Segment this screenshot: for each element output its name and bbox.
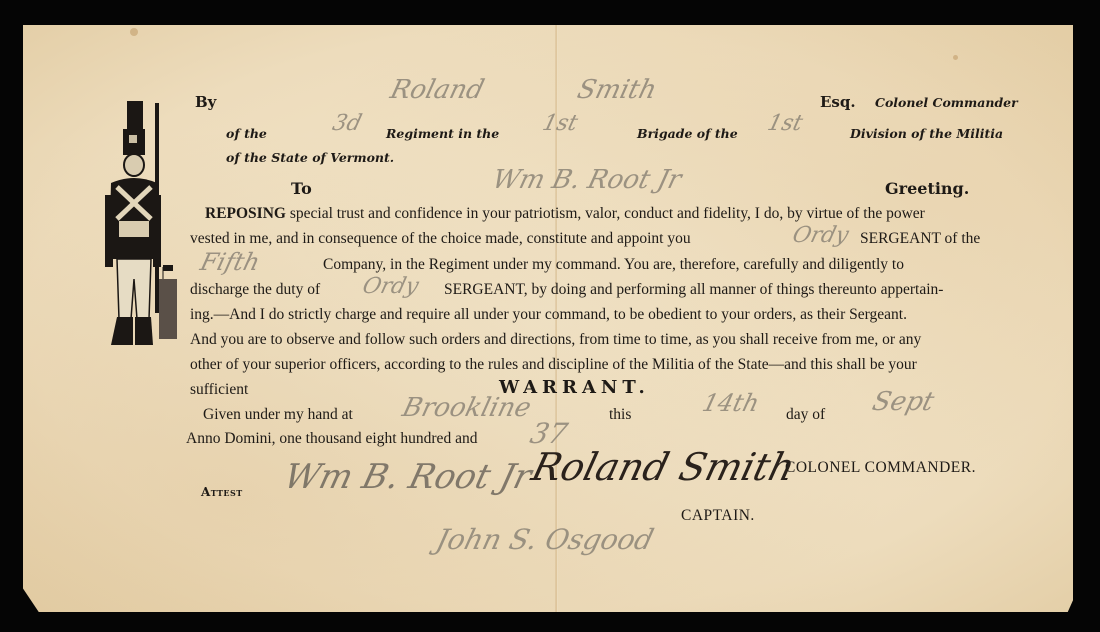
captain-caps: CAPTAIN. <box>681 507 755 525</box>
day-handwritten: 14th <box>700 389 763 417</box>
body-line-2-tail: SERGEANT of the <box>860 230 980 248</box>
brigade-number-handwritten: 1st <box>540 111 580 136</box>
month-handwritten: Sept <box>869 387 937 417</box>
body-line-7: other of your superior officers, accordi… <box>190 356 917 374</box>
division-number-handwritten: 1st <box>765 111 805 136</box>
regiment-label: Regiment in the <box>386 126 499 141</box>
day-of-label: day of <box>786 406 825 424</box>
brigade-label: Brigade of the <box>637 126 738 141</box>
foxing-spot <box>130 28 138 36</box>
recipient-name-handwritten: Wm B. Root Jr <box>489 165 684 195</box>
to-label: To <box>291 179 312 198</box>
colonel-signature: Roland Smith <box>528 445 800 489</box>
state-label: of the State of Vermont. <box>226 150 394 165</box>
body-line-8: sufficient <box>190 381 248 399</box>
attest-signature: Wm B. Root Jr <box>280 457 535 497</box>
body-line-1-text: special trust and confidence in your pat… <box>290 205 925 222</box>
captain-signature: John S. Osgood <box>433 523 657 556</box>
company-handwritten: Fifth <box>198 248 263 276</box>
attest-label: Attest <box>201 485 243 499</box>
body-line-6: And you are to observe and follow such o… <box>190 331 921 349</box>
rank-handwritten-2: Ordy <box>360 274 421 299</box>
this-label: this <box>609 406 631 424</box>
colonel-commander-caps: COLONEL COMMANDER. <box>785 459 976 477</box>
body-line-1: REPOSING special trust and confidence in… <box>205 205 925 223</box>
body-line-4-tail: SERGEANT, by doing and performing all ma… <box>444 281 943 299</box>
rank-handwritten-1: Ordy <box>790 223 851 248</box>
warrant-document: By Roland Smith Esq. Colonel Commander o… <box>23 25 1073 612</box>
colonel-last-name-handwritten: Smith <box>574 75 659 105</box>
of-the-label: of the <box>226 126 267 141</box>
colonel-first-name-handwritten: Roland <box>387 75 487 105</box>
foxing-spot <box>953 55 958 60</box>
colonel-commander-label: Colonel Commander <box>875 95 1018 110</box>
body-line-4-lead: discharge the duty of <box>190 281 320 299</box>
given-label: Given under my hand at <box>203 406 353 424</box>
regiment-number-handwritten: 3d <box>330 111 364 136</box>
esq-label: Esq. <box>820 93 856 111</box>
greeting-label: Greeting. <box>885 179 969 198</box>
division-label: Division of the Militia <box>850 126 1003 141</box>
anno-domini-label: Anno Domini, one thousand eight hundred … <box>186 430 477 448</box>
body-line-5: ing.—And I do strictly charge and requir… <box>190 306 907 324</box>
reposing-lead: REPOSING <box>205 205 286 222</box>
soldier-woodcut-icon <box>97 99 177 349</box>
place-handwritten: Brookline <box>399 393 534 423</box>
body-line-3: Company, in the Regiment under my comman… <box>323 256 904 274</box>
body-line-2: vested in me, and in consequence of the … <box>190 230 691 248</box>
by-label: By <box>195 93 216 111</box>
